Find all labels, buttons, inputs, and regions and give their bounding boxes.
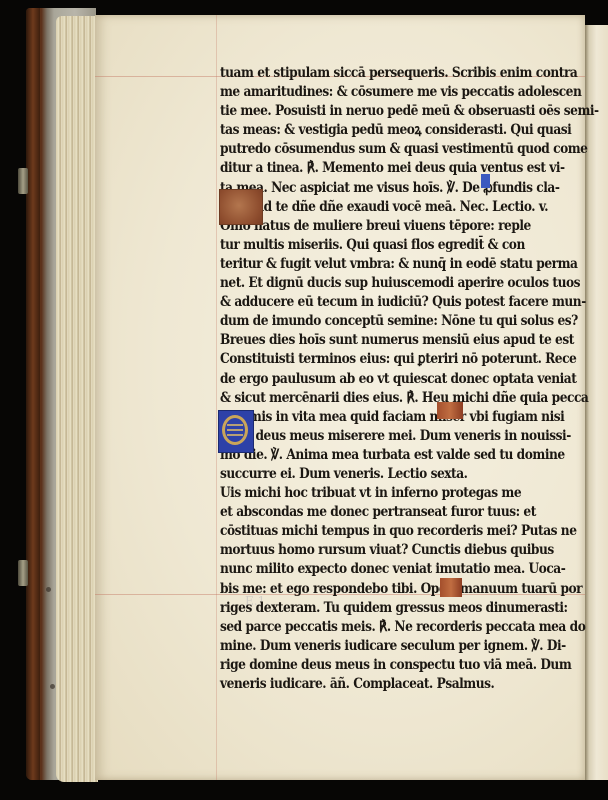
- text-line: tuam et stipulam siccā persequeris. Scri…: [220, 64, 543, 83]
- clasp-bottom: [18, 560, 28, 586]
- text-line: nunc milito expecto donec veniat imutati…: [220, 560, 543, 579]
- text-line: de ergo paulusum ab eo vt quiescat donec…: [220, 370, 543, 389]
- text-line: Breues dies hoīs sunt numerus mensiū eiu…: [220, 331, 543, 350]
- text-line: mine. Dum veneris iudicare seculum per i…: [220, 637, 543, 656]
- text-line: tas meas: & vestigia pedū meoꝝ considera…: [220, 121, 543, 140]
- text-column: tuam et stipulam siccā persequeris. Scri…: [220, 64, 544, 694]
- text-line: bis me: et ego respondebo tibi. Operi ma…: [220, 580, 543, 599]
- text-line: tie mee. Posuisti in neruo pedē meū & ob…: [220, 102, 543, 121]
- text-line: Omo natus de muliere breui viuens tēpore…: [220, 217, 543, 236]
- text-line: & sicut mercēnarii dies eius. ℟. Heu mic…: [220, 389, 543, 408]
- stain: [50, 684, 55, 689]
- text-line: tur multis miseriis. Qui quasi flos egre…: [220, 236, 543, 255]
- text-line: veneris iudicare. āñ. Complaceat. Psalmu…: [220, 675, 543, 694]
- illuminated-initial-red: [219, 189, 263, 225]
- text-line: et abscondas me donec pertranseat furor …: [220, 503, 543, 522]
- facing-page-edge: [585, 25, 608, 780]
- text-line: dum de imundo conceptū semine: Nōne tu q…: [220, 312, 543, 331]
- rubric-mark-red: [437, 402, 463, 419]
- text-line: ad te deus meus miserere mei. Dum veneri…: [220, 427, 543, 446]
- ruling-left: [216, 15, 217, 780]
- text-line: teritur & fugit velut vmbra: & nunq̄ in …: [220, 255, 543, 274]
- illuminated-initial-blue: [218, 410, 254, 453]
- text-line: ditur a tinea. ℟. Memento mei deus quia …: [220, 159, 543, 178]
- text-line: succurre ei. Dum veneris. Lectio sexta.: [220, 465, 543, 484]
- page-stack: [56, 16, 98, 782]
- text-line: riges dexteram. Tu quidem gressus meos d…: [220, 599, 543, 618]
- text-line: mo die. ℣. Anima mea turbata est valde s…: [220, 446, 543, 465]
- stain: [46, 587, 51, 592]
- text-line: sed parce peccatis meis. ℟. Ne recorderi…: [220, 618, 543, 637]
- text-line: cōstituas michi tempus in quo recorderis…: [220, 522, 543, 541]
- text-line: ui nimis in vita mea quid faciam miser v…: [220, 408, 543, 427]
- text-line: rige domine deus meus in conspectu tuo v…: [220, 656, 543, 675]
- rubric-mark-red: [440, 578, 462, 597]
- text-line: Constituisti terminos eius: qui ꝑteriri …: [220, 350, 543, 369]
- rubric-mark-blue: [481, 174, 490, 188]
- cover-edge: [26, 8, 40, 780]
- text-line: me amaritudines: & cōsumere me vis pecca…: [220, 83, 543, 102]
- clasp-top: [18, 168, 28, 194]
- text-line: ta mea. Nec aspiciat me visus hoīs. ℣. D…: [220, 179, 543, 198]
- gold-filigree: [227, 422, 243, 436]
- text-line: & adducere eū tecum in iudiciū? Quis pot…: [220, 293, 543, 312]
- text-line: Uis michi hoc tribuat vt in inferno prot…: [220, 484, 543, 503]
- text-line: net. Et dignū ducis sup huiuscemodi aper…: [220, 274, 543, 293]
- text-line: maui ad te dñe dñe exaudi vocē meā. Nec.…: [220, 198, 543, 217]
- text-line: putredo cōsumendus sum & quasi vestiment…: [220, 140, 543, 159]
- text-line: mortuus homo rursum viuat? Cunctis diebu…: [220, 541, 543, 560]
